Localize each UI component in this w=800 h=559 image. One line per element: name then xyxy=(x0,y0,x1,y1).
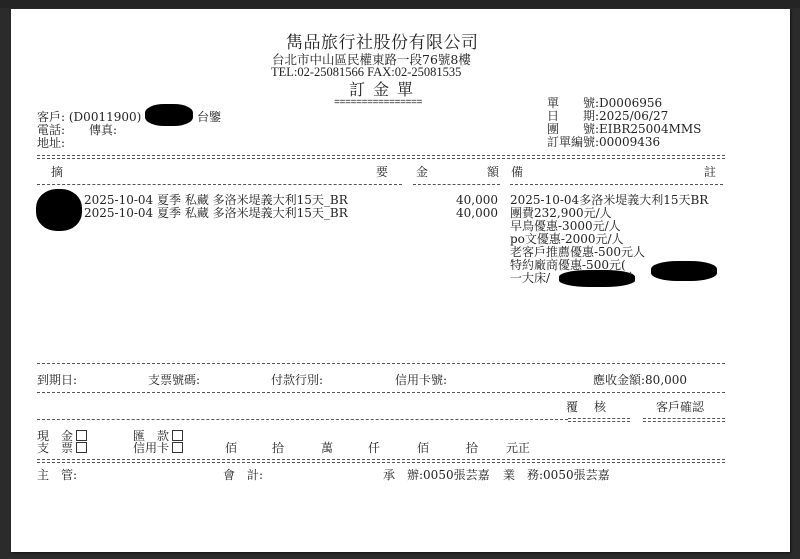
check-checkbox[interactable] xyxy=(76,442,87,453)
order-number-row: 訂單編號:00009436 xyxy=(547,136,660,149)
accounting-label: 會 計: xyxy=(223,469,263,482)
credit-checkbox[interactable] xyxy=(172,442,183,453)
method-check-label: 支 票 xyxy=(37,441,73,455)
sales-label: 業 務: xyxy=(503,468,543,482)
receivable-label: 應收金額: xyxy=(593,373,645,387)
amount-header-line xyxy=(413,184,500,185)
order-date-label: 日 期: xyxy=(547,109,599,123)
header-desc-left: 摘 xyxy=(51,166,63,179)
handler-label: 承 辦: xyxy=(383,468,423,482)
document-page: 雋品旅行社股份有限公司 台北市中山區民權東路一段76號8樓 TEL:02-250… xyxy=(11,9,790,552)
amount-word: 拾 xyxy=(272,442,284,455)
due-date-label: 到期日: xyxy=(37,374,77,387)
method-check[interactable]: 支 票 xyxy=(37,442,87,455)
customer-sign-line xyxy=(643,418,725,422)
header-amount-left: 金 xyxy=(416,166,428,179)
header-desc-right: 要 xyxy=(376,166,388,179)
receivable-row: 應收金額:80,000 xyxy=(593,374,687,387)
amount-word: 元正 xyxy=(506,442,530,455)
group-no: EIBR25004MMS xyxy=(599,122,701,136)
redacted-customer-name xyxy=(145,104,193,126)
bank-label: 付款行別: xyxy=(271,374,323,387)
header-amount-right: 額 xyxy=(487,166,499,179)
body-end-line xyxy=(37,363,725,364)
customer-label: 客戶: xyxy=(37,110,65,124)
customer-code: (D0011900) xyxy=(69,110,141,124)
amount-word: 佰 xyxy=(225,442,237,455)
company-name: 雋品旅行社股份有限公司 xyxy=(286,34,479,52)
header-separator xyxy=(37,155,725,159)
redacted-note-name xyxy=(559,270,635,287)
order-no-label: 單 號: xyxy=(547,96,599,110)
handler-row: 承 辦:0050張芸嘉 xyxy=(383,469,490,482)
fax-label: 傳真: xyxy=(89,124,117,137)
row-amount: 40,000 xyxy=(431,207,498,220)
order-date: 2025/06/27 xyxy=(599,109,668,123)
window-top-bar xyxy=(0,0,800,8)
order-number-label: 訂單編號: xyxy=(547,135,599,149)
amount-word: 拾 xyxy=(466,442,478,455)
receivable-amount: 80,000 xyxy=(645,373,687,387)
amount-word: 仟 xyxy=(368,442,380,455)
note-header-line xyxy=(510,184,723,185)
title-underline: ================ xyxy=(334,98,422,111)
card-no-label: 信用卡號: xyxy=(395,374,447,387)
review-sign-line xyxy=(568,418,630,422)
amount-word: 佰 xyxy=(417,442,429,455)
payment-line xyxy=(37,392,725,393)
signoff-line xyxy=(37,419,568,420)
document-title: 訂金單 xyxy=(349,81,421,98)
row-description: 2025-10-04 夏季 私藏 多洛米堤義大利15天_BR xyxy=(84,207,348,220)
header-note-right: 註 xyxy=(704,166,716,179)
group-no-label: 團 號: xyxy=(547,122,599,136)
cash-checkbox[interactable] xyxy=(76,430,87,441)
redacted-note-contact xyxy=(651,261,717,281)
header-note-left: 備 xyxy=(511,166,523,179)
sales-row: 業 務:0050張芸嘉 xyxy=(503,469,610,482)
customer-confirm-label: 客戶確認 xyxy=(656,401,704,414)
company-contact: TEL:02-25081566 FAX:02-25081535 xyxy=(271,66,461,79)
check-no-label: 支票號碼: xyxy=(148,374,200,387)
manager-label: 主 管: xyxy=(37,469,77,482)
order-number: 00009436 xyxy=(599,135,660,149)
amount-word: 萬 xyxy=(321,442,333,455)
handler-name: 0050張芸嘉 xyxy=(423,468,490,482)
redacted-row-label xyxy=(36,189,82,231)
address-label: 地址: xyxy=(37,137,65,150)
method-credit-label: 信用卡 xyxy=(133,441,169,455)
customer-suffix: 台鑒 xyxy=(197,111,221,124)
sales-name: 0050張芸嘉 xyxy=(543,468,610,482)
review-label: 覆 核 xyxy=(566,401,608,414)
remit-checkbox[interactable] xyxy=(172,430,183,441)
order-no: D0006956 xyxy=(599,96,662,110)
footer-separator xyxy=(37,459,725,463)
method-credit[interactable]: 信用卡 xyxy=(133,442,183,455)
desc-header-line xyxy=(37,184,402,185)
